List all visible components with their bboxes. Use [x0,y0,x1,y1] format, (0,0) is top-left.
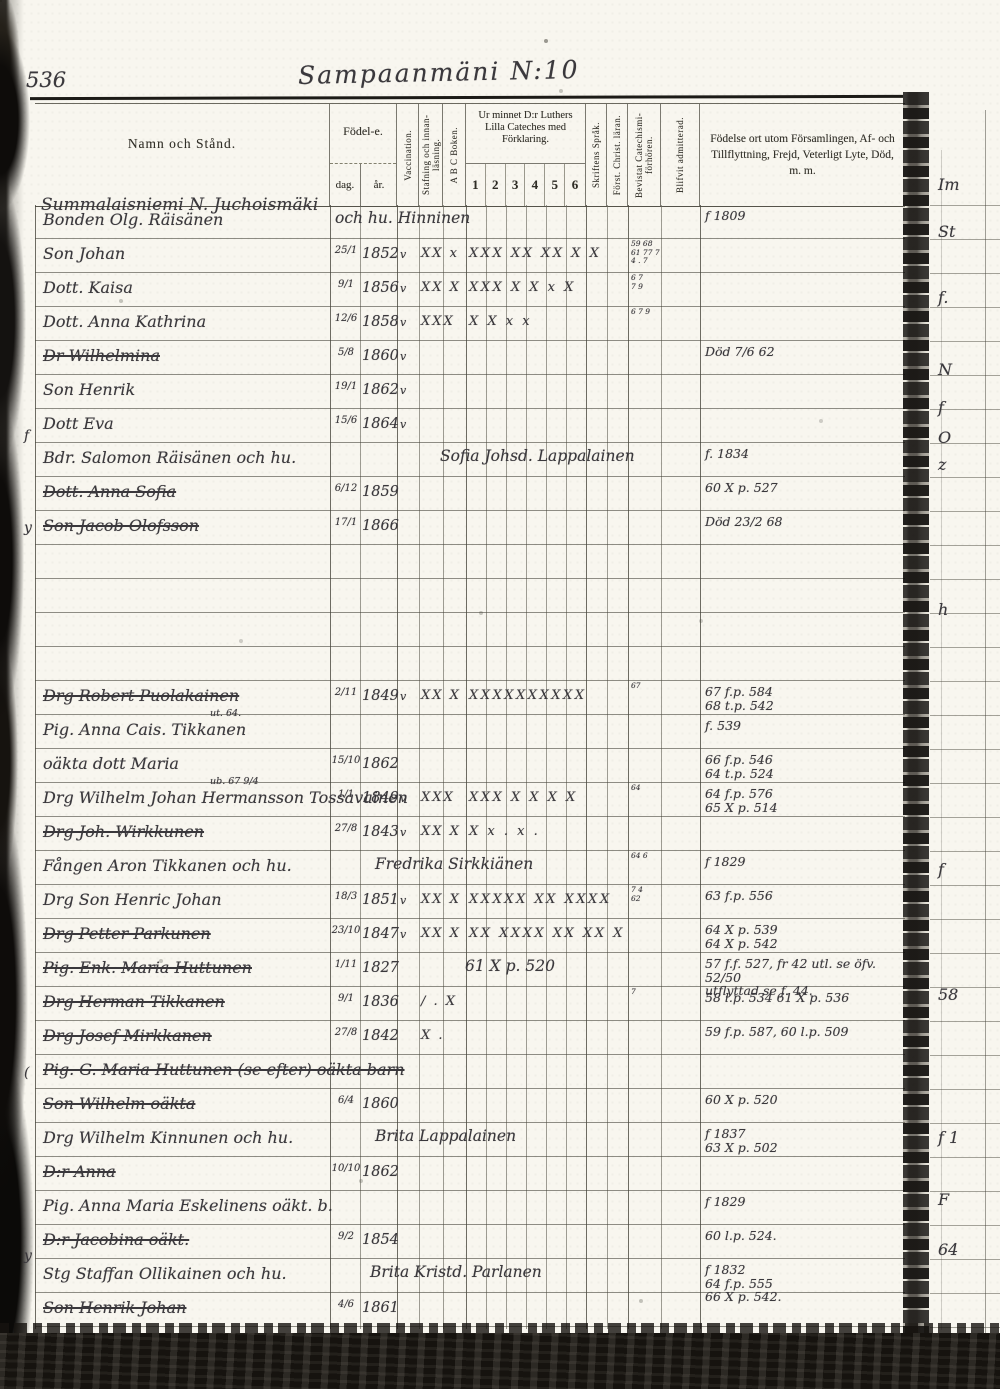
row-abc: XXX [421,790,455,805]
table-row: Fången Aron Tikkanen och hu.Fredrika Sir… [35,851,905,885]
row-notes: 58 l.p. 534 61 X p. 536 [705,991,905,1005]
next-page-handwriting-fragment: f 1 [938,1128,959,1147]
row-year: 1866 [362,518,399,534]
table-row: Dott. Anna Kathrina12/61858vXXXX X x x6 … [35,307,905,341]
row-cat: XX XXXX XX XX X [469,926,625,941]
row-abc: XX x [421,246,459,261]
scanned-ledger-page: 536 Sampaanmäni N:10 Namn och Stånd. Sum… [0,0,1000,1389]
row-bev: 59 68 61 77 7 4 . 7 [631,240,689,266]
scan-bottom-edge [0,1333,1000,1389]
row-name: Son Johan [43,244,125,263]
row-day: 19/1 [331,381,361,392]
header-label-fodelseort: Födelse ort utom Församlingen, Af- och T… [700,131,905,179]
row-notes: 64 X p. 539 64 X p. 542 [705,923,905,950]
row-bev: 6 7 7 9 [631,274,689,291]
row-day: 4/6 [331,1299,361,1310]
row-bev: 67 [631,682,689,691]
header-cell-attended-exams: Bevistat Catechismi-förhören. [628,104,661,206]
header-label-admitterad: Blifvit admitterad. [675,117,685,193]
next-page-handwriting-fragment: f. [938,288,948,307]
row-bev: 7 [631,988,689,997]
row-bev: 64 6 [631,852,689,861]
row-vacc: v [400,894,406,907]
row-year: 1862 [362,756,399,772]
row-notes: 60 X p. 527 [705,481,905,495]
header-cell-christendom: Först. Christ. läran. [607,104,628,206]
table-row: Dr Wilhelmina5/81860vDöd 7/6 62 [35,341,905,375]
header-label-namn: Namn och Stånd. [128,136,236,152]
row-year: 1852 [362,246,399,262]
row-mid: Sofia Johsd. Lappalainen [440,447,635,465]
next-page-column-line [985,110,986,1335]
table-row [35,579,905,613]
header-label-stafning: Stafning och innan-läsning. [421,104,441,206]
row-notes: f 1837 63 X p. 502 [705,1127,905,1154]
row-day: 9/1 [331,279,361,290]
table-row: Pig. Anna Cais. Tikkanenut. 64.f. 539 [35,715,905,749]
row-day: 2/11 [331,687,361,698]
row-name: Pig. Anna Maria Eskelinens oäkt. b. [43,1196,333,1215]
page-number: 536 [26,68,66,92]
row-abc: XX X [421,280,461,295]
row-year: 1860 [362,348,399,364]
next-page-handwriting-fragment: St [938,222,955,241]
row-name: Drg Wilhelm Kinnunen och hu. [43,1128,293,1147]
row-year: 1843 [362,824,399,840]
row-day: 6/12 [331,483,361,494]
table-row: Drg Josef Mirkkanen27/81842X .59 f.p. 58… [35,1021,905,1055]
row-cat: X x . x . [469,824,540,839]
table-row: D:r Jacobina oäkt.9/2185460 l.p. 524. [35,1225,905,1259]
row-name: Drg Petter Parkunen [43,924,211,943]
header-subrow-birth: dag. år. [330,163,396,206]
next-page-handwriting-fragment: f [938,398,944,417]
header-cell-scripture: Skriftens Språk. [586,104,607,206]
row-day: 6/4 [331,1095,361,1106]
row-day: 18/3 [331,891,361,902]
table-row [35,1327,905,1329]
row-cat: XXX XX XX X X [469,246,601,261]
header-cell-abc-book: A B C Boken. [443,104,466,206]
row-abc: X . [421,1028,445,1043]
row-name: Son Jacob Olofsson [43,516,199,535]
row-year: 1827 [362,960,399,976]
row-bev: 6 7 9 [631,308,689,317]
scan-speckles [0,0,2,2]
header-label-christ: Först. Christ. läran. [612,115,622,195]
table-header: Namn och Stånd. Summalaisniemi N. Juchoi… [35,103,905,207]
next-page-handwriting-fragment: f [938,860,944,879]
row-notes: f 1829 [705,1195,905,1209]
table-row: Drg Petter Parkunen23/101847vXX XXX XXXX… [35,919,905,953]
next-page-handwriting-fragment: N [938,360,952,379]
row-cat: XXX X X X X [469,790,578,805]
row-abc: XX X [421,824,461,839]
row-name: Pig. Anna Cais. Tikkanen [43,720,246,739]
row-day: 27/8 [331,823,361,834]
header-label-bevistat: Bevistat Catechismi-förhören. [634,104,654,206]
row-vacc: v [400,928,406,941]
row-day: 15/10 [331,755,361,766]
header-cell-admitted: Blifvit admitterad. [661,104,700,206]
catechism-number: 5 [545,164,565,206]
row-cat: XXXXX XX XXXX [469,892,612,907]
row-bev: 64 [631,784,689,793]
table-row: D:r Anna10/101862 [35,1157,905,1191]
row-name: Drg Joh. Wirkkunen [43,822,204,841]
row-mid: 61 X p. 520 [465,957,555,975]
row-cat: X X x x [469,314,532,329]
row-vacc: v [400,792,406,805]
row-bev: 7 4 62 [631,886,689,903]
row-notes: f 1832 64 f.p. 555 66 X p. 542. [705,1263,905,1304]
row-notes: f 1829 [705,855,905,869]
row-name: Son Wilhelm oäkta [43,1094,195,1113]
row-year: 1849 [362,688,399,704]
row-mid: Fredrika Sirkkiänen [375,855,533,873]
row-year: 1864 [362,416,399,432]
row-name: Dott. Anna Kathrina [43,312,206,331]
row-vacc: v [400,282,406,295]
catechism-number: 4 [525,164,545,206]
row-notes: 60 l.p. 524. [705,1229,905,1243]
row-day: 27/8 [331,1027,361,1038]
header-cell-birth: Födel-e. dag. år. [330,104,397,206]
row-name: Drg Herman Tikkanen [43,992,225,1011]
next-page-handwriting-fragment: F [938,1190,949,1209]
row-year: 1849 [362,790,399,806]
row-vacc: v [400,826,406,839]
row-name: Dott. Anna Sofia [43,482,176,501]
row-name: oäkta dott Maria [43,754,179,773]
row-day: 15/6 [331,415,361,426]
row-abc: XX X [421,926,461,941]
table-row: Dott. Anna Sofia6/12185960 X p. 527 [35,477,905,511]
row-year: 1858 [362,314,399,330]
row-name: Dr Wilhelmina [43,346,160,365]
row-name: Dott. Kaisa [43,278,133,297]
row-mid: Brita Lappalainen [375,1127,516,1145]
left-margin-mark: y [24,520,32,536]
row-vacc: v [400,316,406,329]
table-row: Drg Joh. Wirkkunen27/81843vXX XX x . x . [35,817,905,851]
row-day: 23/10 [331,925,361,936]
row-year: 1842 [362,1028,399,1044]
table-row: Pig. Anna Maria Eskelinens oäkt. b.f 182… [35,1191,905,1225]
row-vacc: v [400,248,406,261]
row-name: Drg Josef Mirkkanen [43,1026,212,1045]
row-notes: f. 539 [705,719,905,733]
row-notes: 60 X p. 520 [705,1093,905,1107]
table-row: Bonden Olg. Räisänenoch hu. Hinninenf 18… [35,205,905,239]
row-day: 1/1 [331,789,361,800]
row-vacc: v [400,690,406,703]
table-row [35,613,905,647]
catechism-number: 2 [486,164,506,206]
row-day: 10/10 [331,1163,361,1174]
next-page-handwriting-fragment: 64 [938,1240,958,1259]
row-day: 12/6 [331,313,361,324]
row-notes: Död 23/2 68 [705,515,905,529]
row-abc: XX X [421,892,461,907]
row-day: 17/1 [331,517,361,528]
table-rows: Bonden Olg. Räisänenoch hu. Hinninenf 18… [35,205,905,1329]
row-name: Fången Aron Tikkanen och hu. [43,856,292,875]
table-row: oäkta dott Maria15/10186266 f.p. 546 64 … [35,749,905,783]
header-label-abc: A B C Boken. [449,127,459,184]
table-row: Son Jacob Olofsson17/11866Död 23/2 68 [35,511,905,545]
row-sup: ut. 64. [210,708,241,719]
table-row: Pig. Enk. Maria Huttunen1/11182761 X p. … [35,953,905,987]
next-page-handwriting-fragment: 58 [938,985,958,1004]
header-cell-catechism: Ur minnet D:r Luthers Lilla Cateches med… [466,104,586,206]
catechism-number: 1 [466,164,486,206]
catechism-number: 3 [506,164,526,206]
catechism-number-row: 123456 [466,163,585,206]
header-label-fodelse: Födel-e. [330,124,396,139]
row-name: Pig. Enk. Maria Huttunen [43,958,252,977]
header-cell-name: Namn och Stånd. Summalaisniemi N. Juchoi… [35,104,330,206]
table-row: Bdr. Salomon Räisänen och hu.Sofia Johsd… [35,443,905,477]
row-year: 1861 [362,1300,399,1316]
row-name: Drg Robert Puolakainen [43,686,239,705]
row-notes: 63 f.p. 556 [705,889,905,903]
next-page-handwriting-fragment: O [938,428,951,447]
table-row: Drg Herman Tikkanen9/11836/ . X758 l.p. … [35,987,905,1021]
next-page-handwriting-fragment: h [938,600,948,619]
row-mid: och hu. Hinninen [335,209,470,227]
row-day: 9/1 [331,993,361,1004]
table-row: Drg Wilhelm Johan Hermansson Tossavainen… [35,783,905,817]
table-row: Son Wilhelm oäkta6/4186060 X p. 520 [35,1089,905,1123]
row-notes: 66 f.p. 546 64 t.p. 524 [705,753,905,780]
row-name: D:r Jacobina oäkt. [43,1230,189,1249]
row-cat: XXX X X x X [469,280,576,295]
row-name: Dott Eva [43,414,114,433]
row-day: 25/1 [331,245,361,256]
row-year: 1860 [362,1096,399,1112]
table-row: Drg Wilhelm Kinnunen och hu.Brita Lappal… [35,1123,905,1157]
next-page-handwriting-fragment: Im [938,175,960,194]
next-page-column-line-faint [941,150,942,1330]
catechism-number: 6 [565,164,585,206]
row-year: 1856 [362,280,399,296]
row-year: 1862 [362,1164,399,1180]
row-day: 9/2 [331,1231,361,1242]
row-vacc: v [400,350,406,363]
table-row: Dott. Kaisa9/11856vXX XXXX X X x X6 7 7 … [35,273,905,307]
row-name: Pig. G. Maria Huttunen (se efter) oäkta … [43,1060,405,1079]
sheet-title-handwritten: Sampaanmäni N:10 [298,55,580,90]
table-row: Son Johan25/11852vXX xXXX XX XX X X59 68… [35,239,905,273]
row-notes: 64 f.p. 576 65 X p. 514 [705,787,905,814]
row-name: D:r Anna [43,1162,116,1181]
row-year: 1854 [362,1232,399,1248]
row-notes: 59 f.p. 587, 60 l.p. 509 [705,1025,905,1039]
header-label-ar: år. [360,164,397,206]
row-notes: f. 1834 [705,447,905,461]
header-label-dag: dag. [330,164,360,206]
table-row: Dott Eva15/61864v [35,409,905,443]
row-notes: Död 7/6 62 [705,345,905,359]
row-abc: XX X [421,688,461,703]
row-abc: XXX [421,314,455,329]
next-page-handwriting-fragment: z [938,455,946,474]
row-day: 1/11 [331,959,361,970]
row-name: Son Henrik Johan [43,1298,186,1317]
row-sup: ub. 67 9/4 [210,776,259,787]
row-cat: XXXXXXXXXX [469,688,587,703]
table-row: Drg Son Henric Johan18/31851vXX XXXXXX X… [35,885,905,919]
header-label-vaccination: Vaccination. [403,130,413,181]
header-label-skriftens: Skriftens Språk. [591,122,601,188]
binding-shadow-strip [903,92,929,1337]
row-notes: 67 f.p. 584 68 t.p. 542 [705,685,905,712]
row-year: 1847 [362,926,399,942]
header-label-cateches: Ur minnet D:r Luthers Lilla Cateches med… [468,110,583,146]
scan-left-edge [0,0,36,1389]
row-abc: / . X [421,994,457,1009]
table-row: Son Henrik19/11862v [35,375,905,409]
row-year: 1851 [362,892,399,908]
row-name: Stg Staffan Ollikainen och hu. [43,1264,287,1283]
header-cell-vaccination: Vaccination. [397,104,419,206]
header-cell-spelling: Stafning och innan-läsning. [419,104,443,206]
row-name: Drg Son Henric Johan [43,890,222,909]
row-name: Bdr. Salomon Räisänen och hu. [43,448,296,467]
table-row: Drg Robert Puolakainen2/111849vXX XXXXXX… [35,681,905,715]
row-year: 1859 [362,484,399,500]
row-vacc: v [400,384,406,397]
table-body: Bonden Olg. Räisänenoch hu. Hinninenf 18… [35,205,905,1329]
table-row [35,545,905,579]
table-row: Pig. G. Maria Huttunen (se efter) oäkta … [35,1055,905,1089]
row-year: 1862 [362,382,399,398]
table-row [35,647,905,681]
table-row: Stg Staffan Ollikainen och hu.Brita Kris… [35,1259,905,1293]
row-day: 5/8 [331,347,361,358]
row-name: Son Henrik [43,380,135,399]
left-margin-mark: y [24,1248,32,1264]
row-year: 1836 [362,994,399,1010]
row-mid: Brita Kristd. Parlanen [370,1263,542,1281]
row-name: Bonden Olg. Räisänen [43,210,223,229]
header-cell-notes: Födelse ort utom Församlingen, Af- och T… [700,104,905,206]
left-margin-mark: f [24,428,29,444]
row-notes: f 1809 [705,209,905,223]
row-vacc: v [400,418,406,431]
left-margin-mark: ( [24,1065,29,1081]
